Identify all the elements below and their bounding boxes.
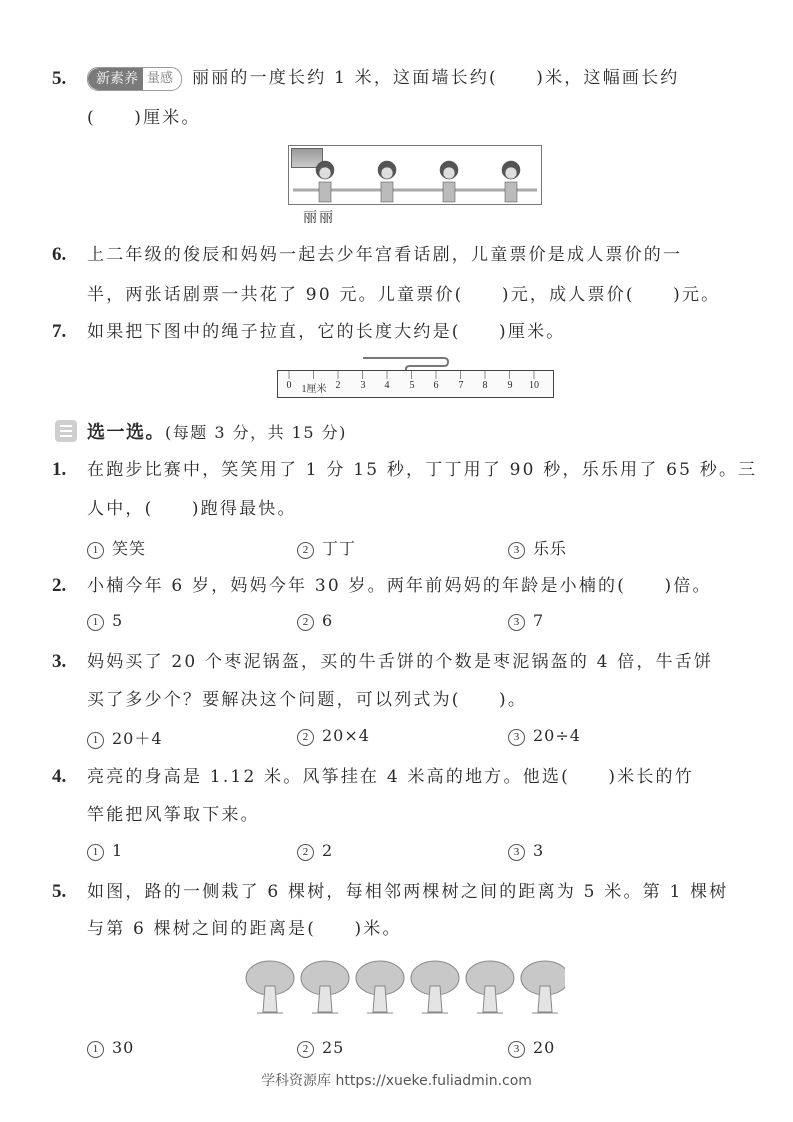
- circled-number-icon: 2: [297, 542, 314, 559]
- option-text: 20×4: [322, 726, 370, 745]
- option-3[interactable]: 3乐乐: [508, 536, 567, 559]
- option-3[interactable]: 33: [508, 841, 544, 861]
- ruler-label: 3: [361, 380, 366, 391]
- circled-number-icon: 3: [508, 542, 525, 559]
- circled-number-icon: 1: [87, 1041, 104, 1058]
- question-number: 5.: [52, 67, 66, 91]
- circled-number-icon: 2: [297, 844, 314, 861]
- circled-number-icon: 1: [87, 732, 104, 749]
- section-score: (每题 3 分，共 15 分): [165, 423, 347, 442]
- question-number: 4.: [52, 765, 66, 789]
- question-text: 上二年级的俊辰和妈妈一起去少年宫看话剧，儿童票价是成人票价的一: [87, 243, 682, 267]
- question-text: 亮亮的身高是 1.12 米。风筝挂在 4 米高的地方。他选( )米长的竹: [87, 765, 694, 789]
- option-text: 1: [112, 841, 123, 860]
- badge-primary: 新素养: [88, 68, 143, 90]
- option-1[interactable]: 130: [87, 1038, 134, 1058]
- option-1[interactable]: 120＋4: [87, 726, 163, 749]
- option-text: 20: [533, 1038, 555, 1057]
- option-text: 丁丁: [322, 539, 356, 558]
- footer-watermark: 学科资源库 https://xueke.fuliadmin.com: [0, 1070, 793, 1090]
- option-text: 5: [112, 611, 123, 630]
- option-2[interactable]: 2丁丁: [297, 536, 356, 559]
- tree-icon: [356, 961, 404, 1013]
- option-1[interactable]: 1笑笑: [87, 536, 146, 559]
- new-literacy-badge: 新素养 量感: [87, 67, 182, 91]
- figure-caption-lili: 丽丽: [303, 207, 335, 227]
- question-text: 人中，( )跑得最快。: [87, 497, 297, 521]
- ruler-label: 9: [508, 380, 513, 391]
- children-wall-illustration: [288, 145, 542, 205]
- children-icons: [289, 146, 541, 204]
- option-text: 2: [322, 841, 333, 860]
- question-text: 半，两张话剧票一共花了 90 元。儿童票价( )元，成人票价( )元。: [87, 283, 720, 307]
- ruler-label: 1厘米: [302, 380, 327, 395]
- question-number: 1.: [52, 458, 66, 482]
- question-text: 与第 6 棵树之间的距离是( )米。: [87, 917, 402, 941]
- option-3[interactable]: 320: [508, 1038, 555, 1058]
- question-number: 6.: [52, 243, 66, 267]
- tree-icon: [521, 961, 565, 1013]
- question-text: 买了多少个？要解决这个问题，可以列式为( )。: [87, 688, 527, 712]
- question-number: 7.: [52, 320, 66, 344]
- option-3[interactable]: 320÷4: [508, 726, 581, 746]
- option-text: 20＋4: [112, 729, 163, 748]
- option-2[interactable]: 22: [297, 841, 333, 861]
- section-three-icon: [55, 420, 77, 442]
- ruler-label: 5: [410, 380, 415, 391]
- ruler-label: 2: [336, 380, 341, 391]
- option-text: 3: [533, 841, 544, 860]
- option-3[interactable]: 37: [508, 611, 544, 631]
- question-text: 如果把下图中的绳子拉直，它的长度大约是( )厘米。: [87, 320, 565, 344]
- question-text: 竿能把风筝取下来。: [87, 803, 260, 827]
- ruler-label: 7: [459, 380, 464, 391]
- circled-number-icon: 2: [297, 1041, 314, 1058]
- ruler-label: 0: [287, 380, 292, 391]
- tree-icon: [246, 961, 294, 1013]
- circled-number-icon: 3: [508, 1041, 525, 1058]
- question-text: 如图，路的一侧栽了 6 棵树，每相邻两棵树之间的距离为 5 米。第 1 棵树: [87, 880, 728, 904]
- option-1[interactable]: 11: [87, 841, 123, 861]
- circled-number-icon: 1: [87, 844, 104, 861]
- option-text: 6: [322, 611, 333, 630]
- question-text: ( )厘米。: [87, 106, 201, 130]
- tree-icon: [301, 961, 349, 1013]
- question-number: 2.: [52, 574, 66, 598]
- option-1[interactable]: 15: [87, 611, 123, 631]
- tree-icon: [411, 961, 459, 1013]
- option-text: 20÷4: [533, 726, 581, 745]
- tree-icon: [466, 961, 514, 1013]
- question-text: 在跑步比赛中，笑笑用了 1 分 15 秒，丁丁用了 90 秒，乐乐用了 65 秒…: [87, 458, 757, 482]
- question-text: 丽丽的一度长约 1 米，这面墙长约( )米，这幅画长约: [192, 68, 680, 88]
- circled-number-icon: 1: [87, 614, 104, 631]
- trees-row-illustration: [245, 958, 565, 1018]
- option-text: 乐乐: [533, 539, 567, 558]
- option-text: 7: [533, 611, 544, 630]
- circled-number-icon: 1: [87, 542, 104, 559]
- section-title: 选一选。(每题 3 分，共 15 分): [87, 418, 347, 444]
- circled-number-icon: 3: [508, 614, 525, 631]
- ruler-label: 10: [529, 380, 539, 391]
- ruler-label: 8: [483, 380, 488, 391]
- option-2[interactable]: 225: [297, 1038, 344, 1058]
- question-number: 5.: [52, 880, 66, 904]
- circled-number-icon: 2: [297, 729, 314, 746]
- section-title-text: 选一选。: [87, 422, 165, 443]
- option-2[interactable]: 220×4: [297, 726, 370, 746]
- circled-number-icon: 3: [508, 729, 525, 746]
- ruler: 0 1厘米 2 3 4 5 6 7 8 9 10: [277, 370, 554, 398]
- ruler-label: 4: [385, 380, 390, 391]
- question-text: 小楠今年 6 岁，妈妈今年 30 岁。两年前妈妈的年龄是小楠的( )倍。: [87, 574, 712, 598]
- option-2[interactable]: 26: [297, 611, 333, 631]
- question-number: 3.: [52, 650, 66, 674]
- question-text: 妈妈买了 20 个枣泥锅盔，买的牛舌饼的个数是枣泥锅盔的 4 倍，牛舌饼: [87, 650, 713, 674]
- option-text: 30: [112, 1038, 134, 1057]
- circled-number-icon: 2: [297, 614, 314, 631]
- ruler-label: 6: [434, 380, 439, 391]
- option-text: 笑笑: [112, 539, 146, 558]
- badge-secondary: 量感: [143, 68, 181, 90]
- option-text: 25: [322, 1038, 344, 1057]
- circled-number-icon: 3: [508, 844, 525, 861]
